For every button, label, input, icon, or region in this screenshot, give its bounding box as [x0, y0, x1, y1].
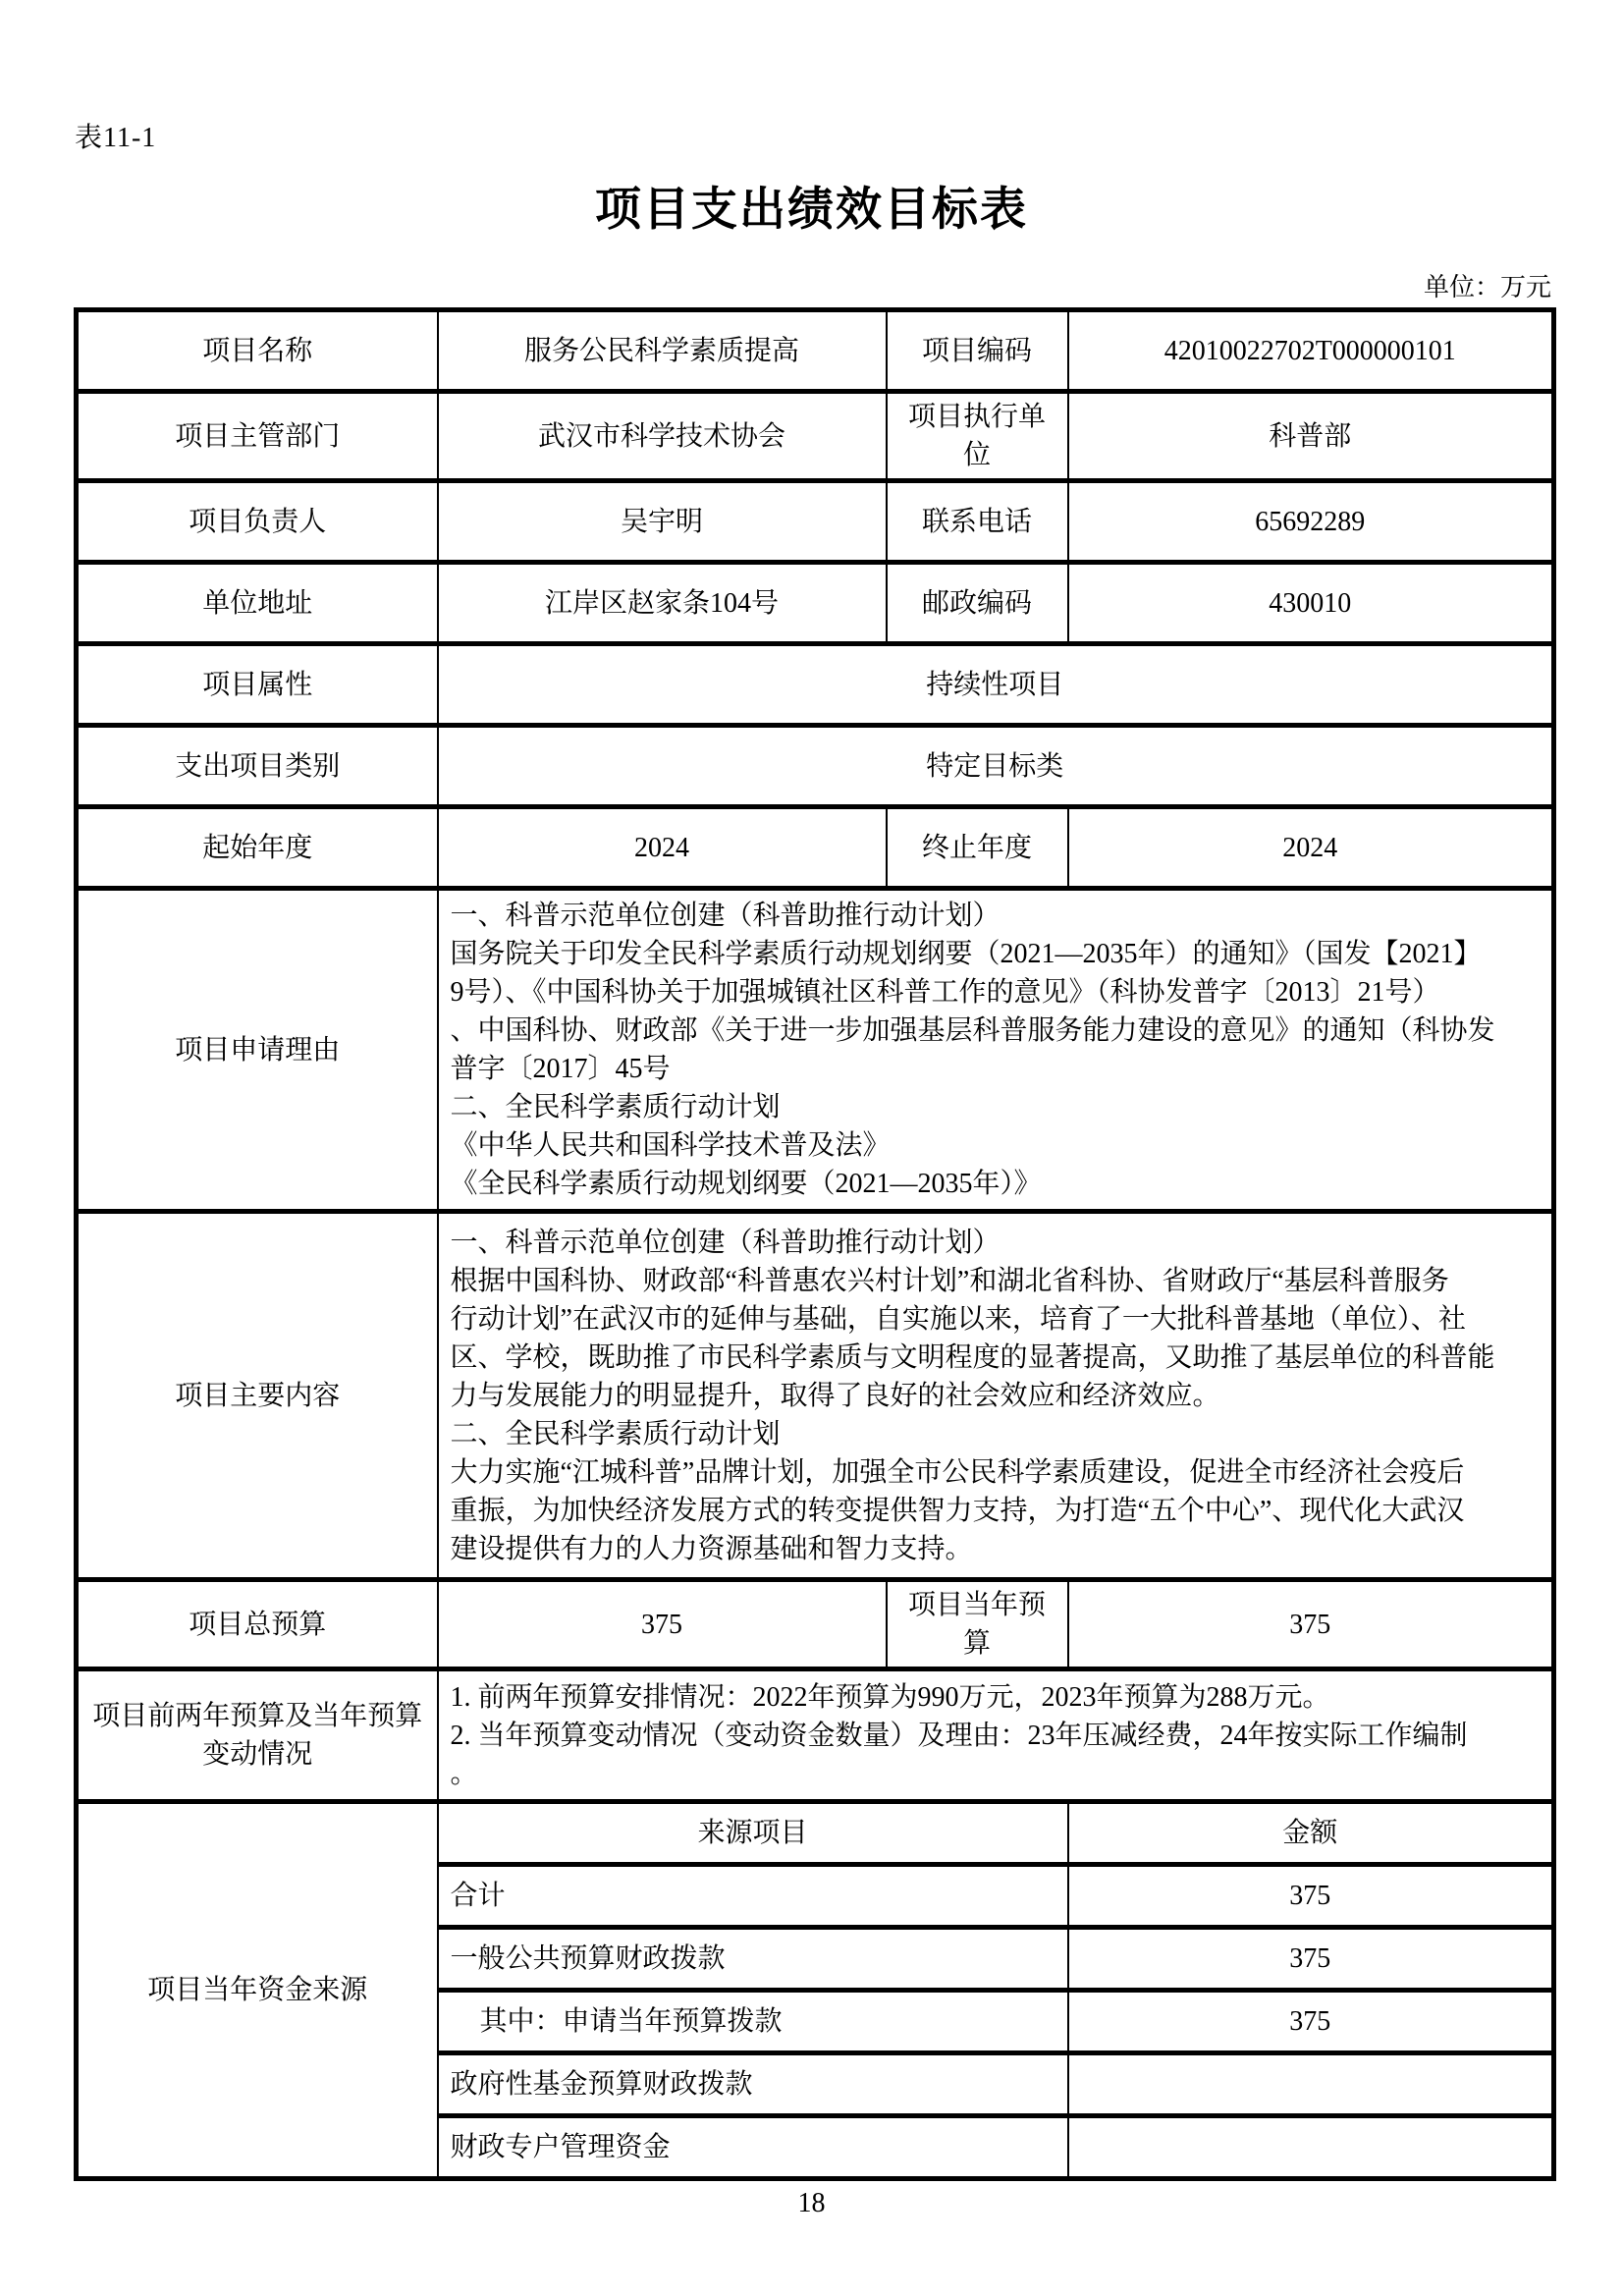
page-title: 项目支出绩效目标表 [0, 173, 1623, 239]
row-funding-header: 项目当年资金来源 来源项目 金额 [77, 1802, 1554, 1865]
funding-amount-total: 375 [1068, 1865, 1554, 1928]
address-label: 单位地址 [77, 563, 438, 644]
category-label: 支出项目类别 [77, 726, 438, 807]
start-year-value: 2024 [438, 807, 887, 889]
funding-source-general-budget: 一般公共预算财政拨款 [438, 1928, 1068, 1991]
funding-source-total: 合计 [438, 1865, 1068, 1928]
funding-source-current-year-request: 其中：申请当年预算拨款 [438, 1991, 1068, 2053]
project-name-label: 项目名称 [77, 310, 438, 392]
exec-unit-value: 科普部 [1068, 392, 1554, 481]
row-leader: 项目负责人 吴宇明 联系电话 65692289 [77, 481, 1554, 563]
budget-history-text: 1. 前两年预算安排情况：2022年预算为990万元，2023年预算为288万元… [438, 1669, 1554, 1802]
attribute-value: 持续性项目 [438, 644, 1554, 726]
unit-note: 单位：万元 [74, 267, 1551, 303]
funding-section-label: 项目当年资金来源 [77, 1802, 438, 2179]
project-name-value: 服务公民科学素质提高 [438, 310, 887, 392]
apply-reason-text: 一、科普示范单位创建（科普助推行动计划） 国务院关于印发全民科学素质行动规划纲要… [438, 889, 1554, 1212]
funding-source-header: 来源项目 [438, 1802, 1068, 1865]
current-budget-value: 375 [1068, 1580, 1554, 1669]
document-page: 表11-1 项目支出绩效目标表 单位：万元 项目名称 服务公民科学素质提高 项目… [0, 0, 1623, 2296]
budget-history-label: 项目前两年预算及当年预算变动情况 [77, 1669, 438, 1802]
funding-source-gov-fund: 政府性基金预算财政拨款 [438, 2053, 1068, 2116]
postcode-label: 邮政编码 [887, 563, 1068, 644]
current-budget-label: 项目当年预算 [887, 1580, 1068, 1669]
leader-value: 吴宇明 [438, 481, 887, 563]
exec-unit-label: 项目执行单位 [887, 392, 1068, 481]
row-main-content: 项目主要内容 一、科普示范单位创建（科普助推行动计划） 根据中国科协、财政部“科… [77, 1212, 1554, 1580]
apply-reason-label: 项目申请理由 [77, 889, 438, 1212]
funding-amount-current-year-request: 375 [1068, 1991, 1554, 2053]
row-attribute: 项目属性 持续性项目 [77, 644, 1554, 726]
total-budget-value: 375 [438, 1580, 887, 1669]
funding-amount-fiscal-account [1068, 2116, 1554, 2179]
address-value: 江岸区赵家条104号 [438, 563, 887, 644]
phone-label: 联系电话 [887, 481, 1068, 563]
table-tag: 表11-1 [75, 116, 156, 155]
row-budget-history: 项目前两年预算及当年预算变动情况 1. 前两年预算安排情况：2022年预算为99… [77, 1669, 1554, 1802]
category-value: 特定目标类 [438, 726, 1554, 807]
end-year-value: 2024 [1068, 807, 1554, 889]
phone-value: 65692289 [1068, 481, 1554, 563]
project-code-label: 项目编码 [887, 310, 1068, 392]
row-category: 支出项目类别 特定目标类 [77, 726, 1554, 807]
row-apply-reason: 项目申请理由 一、科普示范单位创建（科普助推行动计划） 国务院关于印发全民科学素… [77, 889, 1554, 1212]
main-content-text: 一、科普示范单位创建（科普助推行动计划） 根据中国科协、财政部“科普惠农兴村计划… [438, 1212, 1554, 1580]
total-budget-label: 项目总预算 [77, 1580, 438, 1669]
leader-label: 项目负责人 [77, 481, 438, 563]
performance-target-table: 项目名称 服务公民科学素质提高 项目编码 42010022702T0000001… [74, 307, 1556, 2181]
main-content-label: 项目主要内容 [77, 1212, 438, 1580]
row-budget: 项目总预算 375 项目当年预算 375 [77, 1580, 1554, 1669]
row-project-name: 项目名称 服务公民科学素质提高 项目编码 42010022702T0000001… [77, 310, 1554, 392]
dept-value: 武汉市科学技术协会 [438, 392, 887, 481]
row-department: 项目主管部门 武汉市科学技术协会 项目执行单位 科普部 [77, 392, 1554, 481]
attribute-label: 项目属性 [77, 644, 438, 726]
end-year-label: 终止年度 [887, 807, 1068, 889]
funding-source-fiscal-account: 财政专户管理资金 [438, 2116, 1068, 2179]
page-number: 18 [0, 2188, 1623, 2219]
row-address: 单位地址 江岸区赵家条104号 邮政编码 430010 [77, 563, 1554, 644]
postcode-value: 430010 [1068, 563, 1554, 644]
project-code-value: 42010022702T000000101 [1068, 310, 1554, 392]
row-years: 起始年度 2024 终止年度 2024 [77, 807, 1554, 889]
dept-label: 项目主管部门 [77, 392, 438, 481]
start-year-label: 起始年度 [77, 807, 438, 889]
funding-amount-gov-fund [1068, 2053, 1554, 2116]
funding-amount-header: 金额 [1068, 1802, 1554, 1865]
funding-amount-general-budget: 375 [1068, 1928, 1554, 1991]
